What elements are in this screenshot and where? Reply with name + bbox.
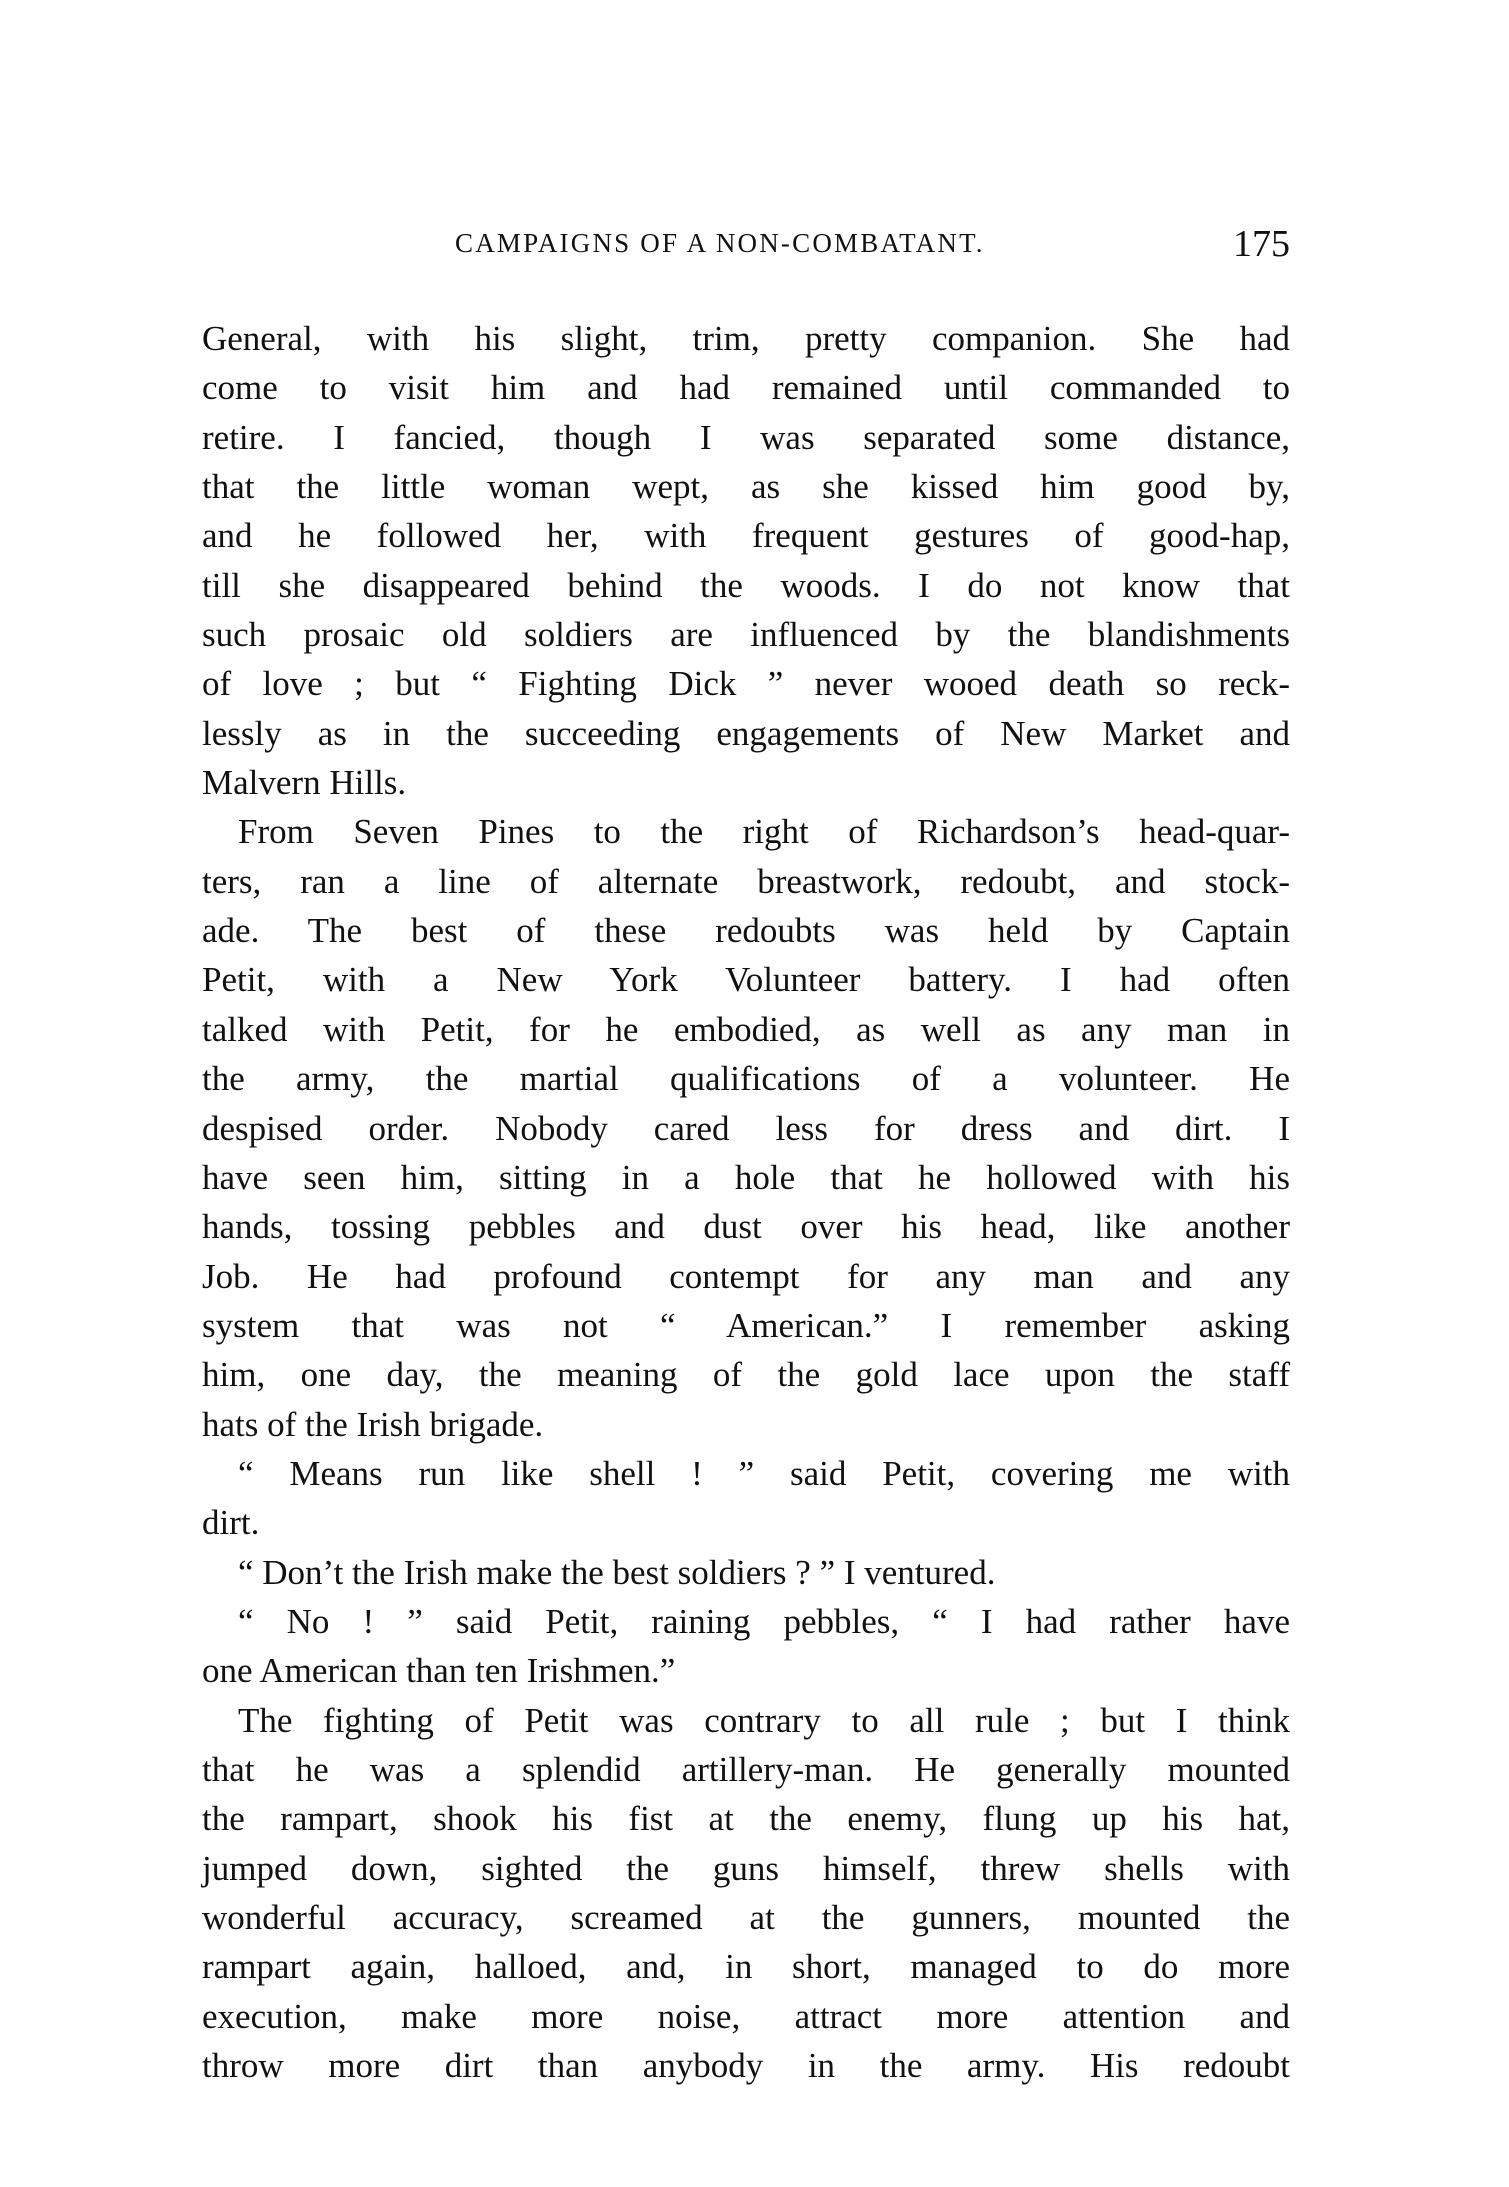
text-line: “ Means run like shell ! ” said Petit, c…: [202, 1449, 1290, 1498]
body-text: General, with his slight, trim, pretty c…: [202, 314, 1290, 2090]
text-line: system that was not “ American.” I remem…: [202, 1301, 1290, 1350]
text-line: lessly as in the succeeding engagements …: [202, 709, 1290, 758]
text-line: General, with his slight, trim, pretty c…: [202, 314, 1290, 363]
text-line: jumped down, sighted the guns himself, t…: [202, 1844, 1290, 1893]
text-line: till she disappeared behind the woods. I…: [202, 561, 1290, 610]
running-title: Campaigns of a Non-Combatant.: [455, 228, 985, 259]
text-line: rampart again, halloed, and, in short, m…: [202, 1942, 1290, 1991]
text-line: have seen him, sitting in a hole that he…: [202, 1153, 1290, 1202]
text-line: From Seven Pines to the right of Richard…: [202, 807, 1290, 856]
text-line: hats of the Irish brigade.: [202, 1400, 1290, 1449]
text-line: him, one day, the meaning of the gold la…: [202, 1350, 1290, 1399]
text-line: such prosaic old soldiers are influenced…: [202, 610, 1290, 659]
text-line: The fighting of Petit was contrary to al…: [202, 1696, 1290, 1745]
text-line: ade. The best of these redoubts was held…: [202, 906, 1290, 955]
text-line: despised order. Nobody cared less for dr…: [202, 1104, 1290, 1153]
text-line: ters, ran a line of alternate breastwork…: [202, 857, 1290, 906]
text-line: that the little woman wept, as she kisse…: [202, 462, 1290, 511]
text-line: come to visit him and had remained until…: [202, 363, 1290, 412]
text-line: Malvern Hills.: [202, 758, 1290, 807]
text-line: throw more dirt than anybody in the army…: [202, 2041, 1290, 2090]
text-line: talked with Petit, for he embodied, as w…: [202, 1005, 1290, 1054]
text-line: dirt.: [202, 1498, 1290, 1547]
text-line: the rampart, shook his fist at the enemy…: [202, 1794, 1290, 1843]
text-line: wonderful accuracy, screamed at the gunn…: [202, 1893, 1290, 1942]
text-line: that he was a splendid artillery-man. He…: [202, 1745, 1290, 1794]
text-line: hands, tossing pebbles and dust over his…: [202, 1202, 1290, 1251]
text-line: “ No ! ” said Petit, raining pebbles, “ …: [202, 1597, 1290, 1646]
text-line: execution, make more noise, attract more…: [202, 1992, 1290, 2041]
text-line: retire. I fancied, though I was separate…: [202, 413, 1290, 462]
running-head: Campaigns of a Non-Combatant. 175: [202, 222, 1290, 272]
text-line: Job. He had profound contempt for any ma…: [202, 1252, 1290, 1301]
page-number: 175: [1233, 222, 1290, 266]
text-line: “ Don’t the Irish make the best soldiers…: [202, 1548, 1290, 1597]
text-line: of love ; but “ Fighting Dick ” never wo…: [202, 659, 1290, 708]
text-line: and he followed her, with frequent gestu…: [202, 511, 1290, 560]
text-line: Petit, with a New York Volunteer battery…: [202, 955, 1290, 1004]
text-line: one American than ten Irishmen.”: [202, 1646, 1290, 1695]
text-line: the army, the martial qualifications of …: [202, 1054, 1290, 1103]
